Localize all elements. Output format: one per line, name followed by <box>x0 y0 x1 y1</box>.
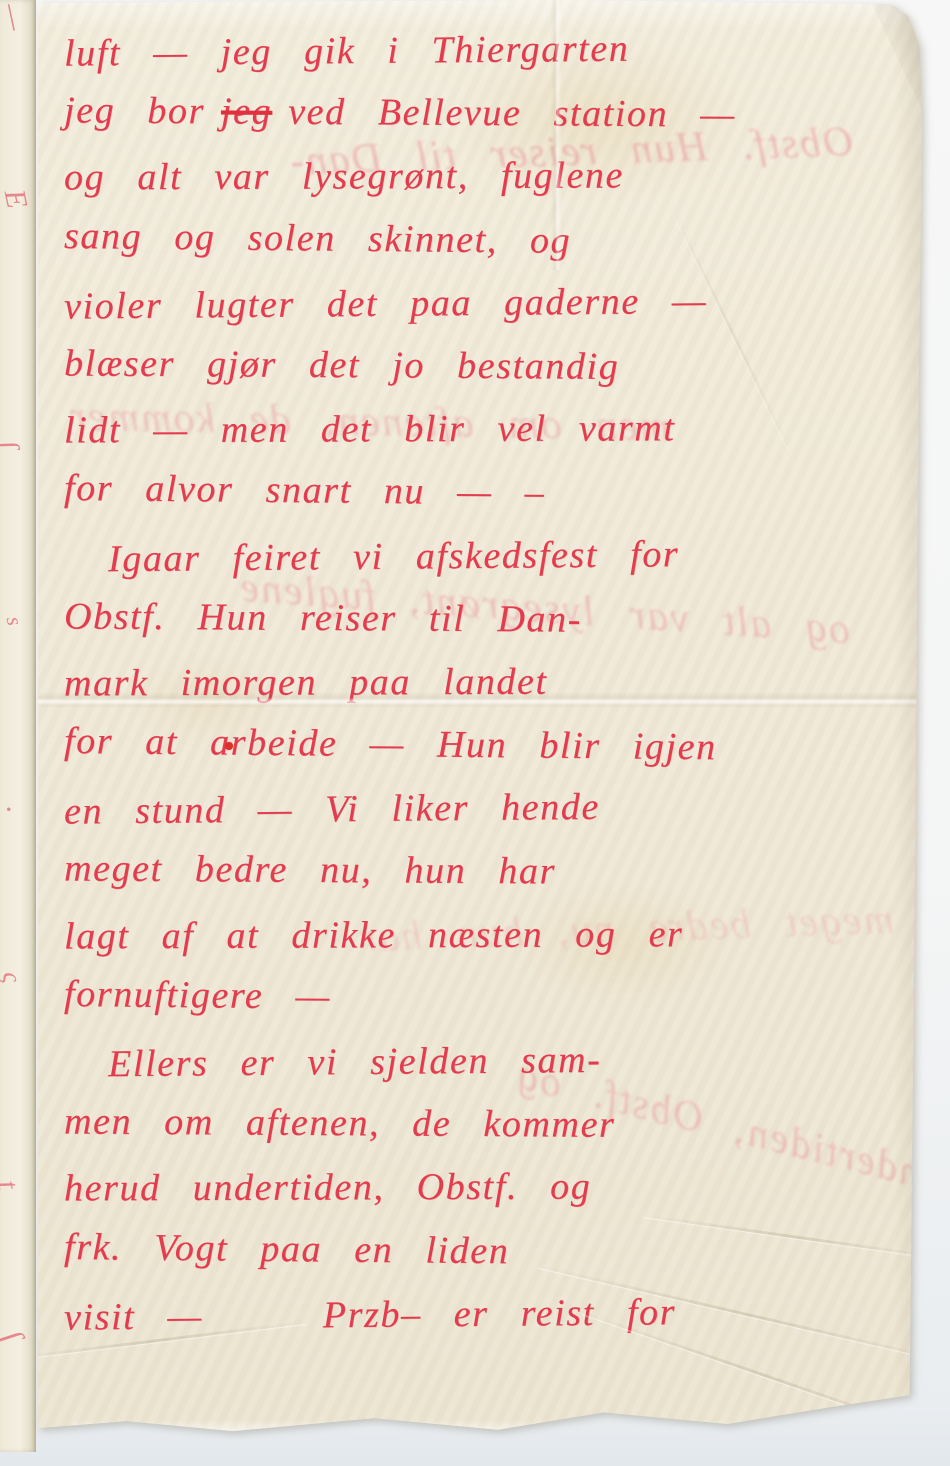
margin-stroke-fragment: ς <box>0 969 27 986</box>
line-text: visit — <box>64 1295 203 1338</box>
letter-line: sang og solen skinnet, og <box>64 206 893 277</box>
letter-line: for at arbeide — Hun blir igjen <box>64 711 893 782</box>
margin-stroke-fragment: — <box>0 0 33 33</box>
margin-stroke-fragment: s <box>1 614 28 628</box>
letter-line: mark imorgen paa landet <box>64 650 892 716</box>
letter-line: fornuftigere — <box>64 964 893 1035</box>
letter-line: Ellers er vi sjelden sam- <box>64 1027 893 1097</box>
letter-line: en stund — Vi liker hende <box>64 775 893 845</box>
letter-line: men om aftenen, de kommer <box>64 1092 892 1160</box>
letter-line: lidt — men det blir vel varmt <box>64 398 892 464</box>
letter-line: luft — jeg gik i Thiergarten <box>64 16 893 86</box>
letter-line: violer lugter det paa gaderne — <box>64 269 893 339</box>
line-text: jeg bor <box>64 90 205 133</box>
line-text: ved Bellevue station — <box>288 91 736 136</box>
scanned-letter-page: Eʃs·ςtʃ— Obstf. Hun reiser til Dan- men … <box>0 0 950 1466</box>
letter-line: herud undertiden, Obstf. og <box>64 1156 892 1222</box>
letter-lines: luft — jeg gik i Thiergartenjeg borjegve… <box>64 20 892 1347</box>
paper-sheet: Obstf. Hun reiser til Dan- men om aftene… <box>38 0 922 1434</box>
letter-line: blæser gjør det jo bestandig <box>64 333 892 401</box>
letter-line: frk. Vogt paa en liden <box>64 1217 893 1288</box>
margin-stroke-fragment: t <box>0 1177 25 1192</box>
letter-line: lagt af at drikke næsten og er <box>64 903 892 969</box>
line-text: Przb– er reist for <box>323 1291 677 1336</box>
margin-stroke-fragment: ʃ <box>0 1324 29 1350</box>
letter-line: Obstf. Hun reiser til Dan- <box>64 586 892 654</box>
ink-blot <box>225 742 233 750</box>
adjacent-page-edge: Eʃs·ςtʃ— <box>0 0 36 1452</box>
page-edge-shading <box>894 0 922 1434</box>
struck-word: jeg <box>221 91 272 133</box>
letter-line: for alvor snart nu — – <box>64 458 893 529</box>
margin-stroke-fragment: ʃ <box>0 437 25 452</box>
letter-line: Igaar feiret vi afskedsfest for <box>64 522 893 592</box>
margin-stroke-fragment: E <box>0 187 34 212</box>
line-gap <box>219 1327 323 1328</box>
letter-line: jeg borjegved Bellevue station — <box>64 81 892 149</box>
letter-line: og alt var lysegrønt, fuglene <box>64 145 892 211</box>
bottom-page-curl <box>73 1420 886 1434</box>
paper-sheet-shadow: Obstf. Hun reiser til Dan- men om aftene… <box>38 0 922 1434</box>
margin-stroke-fragment: · <box>0 802 25 816</box>
letter-line: meget bedre nu, hun har <box>64 839 892 907</box>
letter-line: visit —Przb– er reist for <box>64 1280 893 1350</box>
